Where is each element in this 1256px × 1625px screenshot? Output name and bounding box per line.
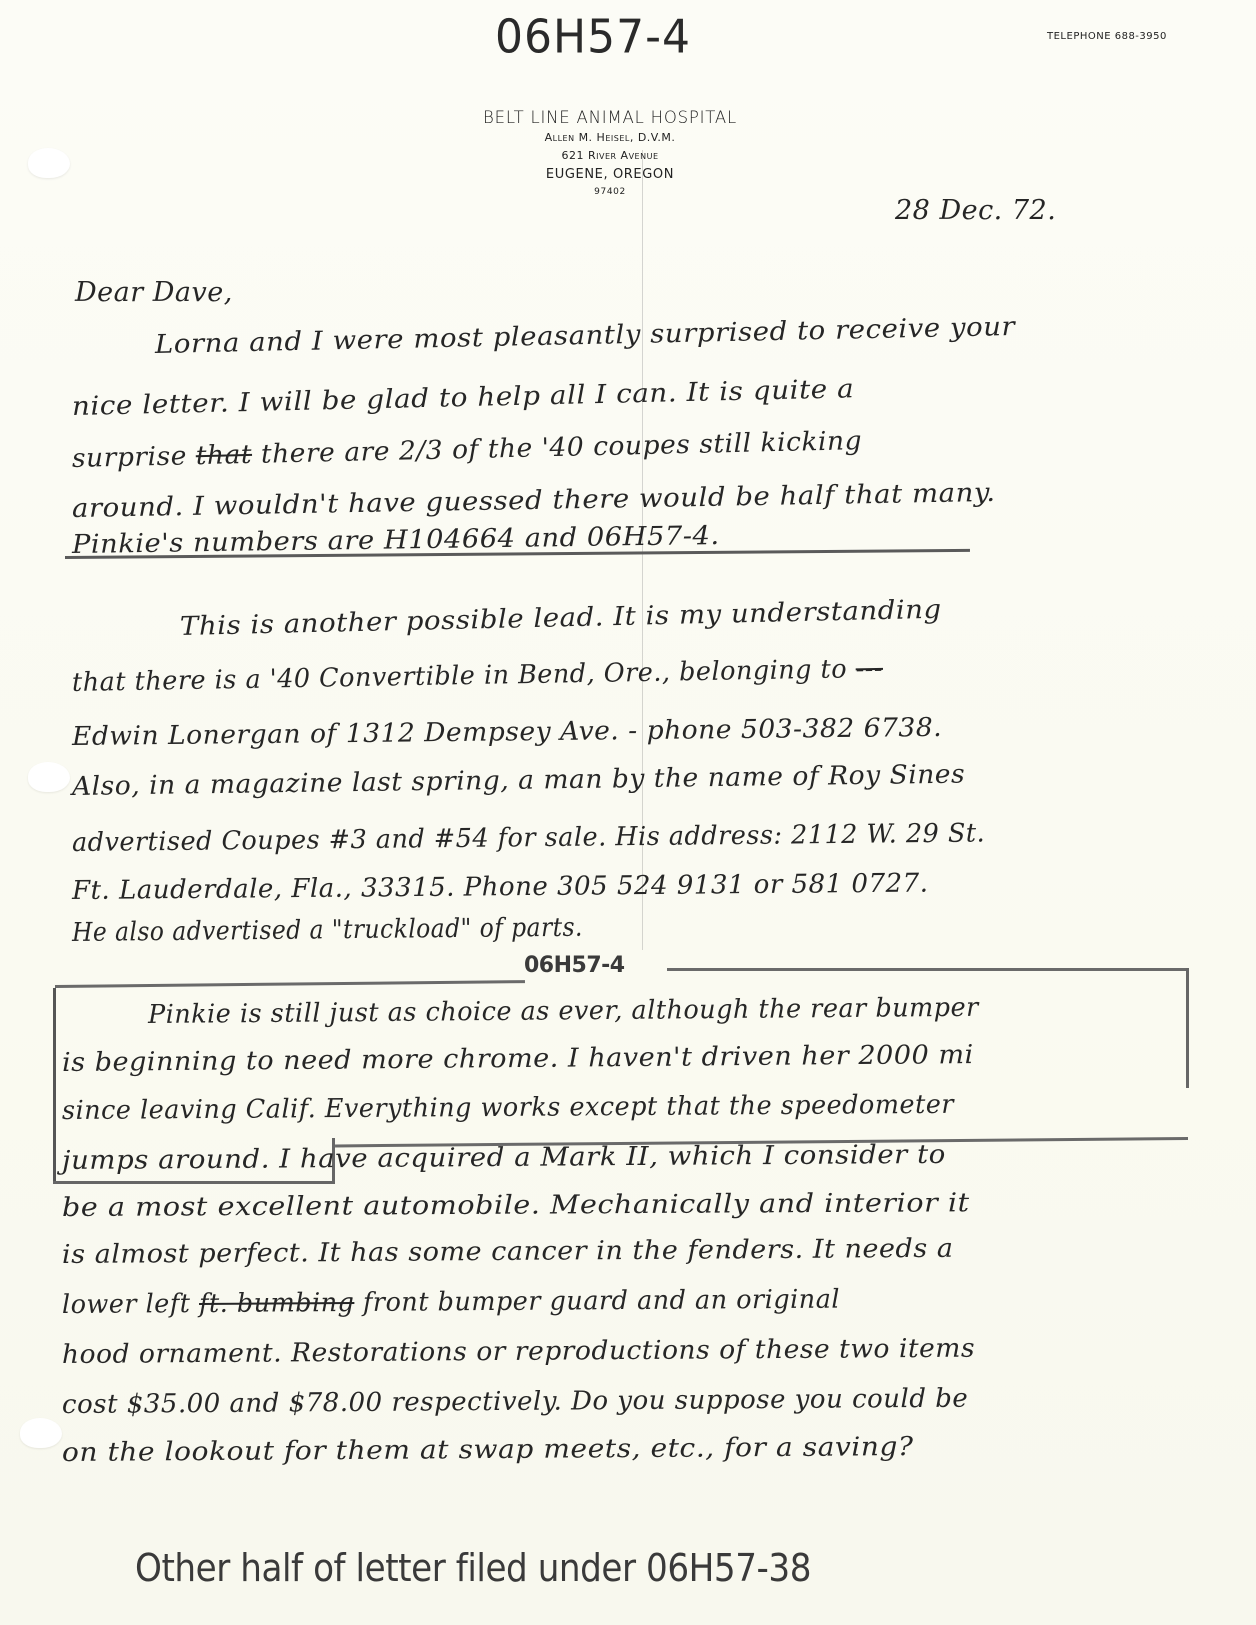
letter-line: since leaving Calif. Everything works ex…: [62, 1090, 954, 1126]
box-file-number-label: 06H57-4: [524, 953, 625, 978]
letter-line: Lorna and I were most pleasantly surpris…: [155, 312, 1016, 360]
letter-line: be a most excellent automobile. Mechanic…: [62, 1188, 970, 1223]
box-border-left: [53, 988, 56, 1183]
letter-line: This is another possible lead. It is my …: [180, 595, 942, 642]
box-border-top: [55, 980, 525, 988]
struck-text: that: [195, 440, 252, 471]
letterhead-street: 621 River Avenue: [430, 147, 790, 165]
text-fragment: front bumper guard and an original: [354, 1285, 840, 1318]
punch-hole: [28, 148, 70, 178]
struck-text: ---: [855, 654, 883, 684]
letter-line: is almost perfect. It has some cancer in…: [62, 1234, 954, 1270]
letter-date: 28 Dec. 72.: [895, 195, 1056, 226]
letter-line: that there is a '40 Convertible in Bend,…: [72, 654, 884, 698]
text-fragment: there are 2/3 of the '40 coupes still ki…: [252, 426, 863, 470]
box-border-right: [1186, 968, 1189, 1088]
letter-line: surprise that there are 2/3 of the '40 c…: [72, 426, 863, 474]
letterhead-telephone: TELEPHONE 688-3950: [1047, 31, 1167, 42]
box-border-top: [667, 968, 1189, 971]
letter-line: lower left ft. bumbing front bumper guar…: [62, 1285, 840, 1320]
letter-line: cost $35.00 and $78.00 respectively. Do …: [62, 1384, 968, 1420]
struck-text: ft. bumbing: [199, 1288, 355, 1319]
filed-under-note: Other half of letter filed under 06H57-3…: [135, 1546, 811, 1590]
box-border-bottom: [53, 1181, 335, 1184]
letterhead-zip: 97402: [430, 185, 790, 199]
letter-line: hood ornament. Restorations or reproduct…: [62, 1334, 975, 1370]
punch-hole: [20, 1418, 62, 1448]
letter-line: advertised Coupes #3 and #54 for sale. H…: [72, 818, 985, 858]
letterhead-doctor: Allen M. Heisel, D.V.M.: [430, 129, 790, 147]
letter-line: He also advertised a "truckload" of part…: [72, 913, 583, 948]
letterhead: BELT LINE ANIMAL HOSPITAL Allen M. Heise…: [430, 108, 790, 199]
letterhead-city: EUGENE, OREGON: [430, 165, 790, 185]
salutation: Dear Dave,: [75, 277, 233, 308]
letterhead-hospital-name: BELT LINE ANIMAL HOSPITAL: [430, 108, 790, 127]
letter-line: jumps around. I have acquired a Mark II,…: [62, 1140, 946, 1176]
letter-line: on the lookout for them at swap meets, e…: [62, 1432, 914, 1468]
punch-hole: [28, 762, 70, 792]
letter-page: 06H57-4 TELEPHONE 688-3950 BELT LINE ANI…: [0, 0, 1256, 1625]
letter-line: Also, in a magazine last spring, a man b…: [72, 760, 966, 802]
letter-line: around. I wouldn't have guessed there wo…: [72, 478, 996, 524]
letter-line: nice letter. I will be glad to help all …: [72, 374, 855, 422]
text-fragment: surprise: [72, 441, 196, 474]
file-number-header: 06H57-4: [495, 11, 691, 65]
letter-line: is beginning to need more chrome. I have…: [62, 1040, 974, 1078]
letter-line: Ft. Lauderdale, Fla., 33315. Phone 305 5…: [72, 869, 929, 906]
letter-line: Pinkie is still just as choice as ever, …: [148, 993, 979, 1030]
letter-line: Edwin Lonergan of 1312 Dempsey Ave. - ph…: [72, 713, 942, 752]
text-fragment: lower left: [62, 1289, 199, 1320]
text-fragment: that there is a '40 Convertible in Bend,…: [72, 654, 856, 698]
